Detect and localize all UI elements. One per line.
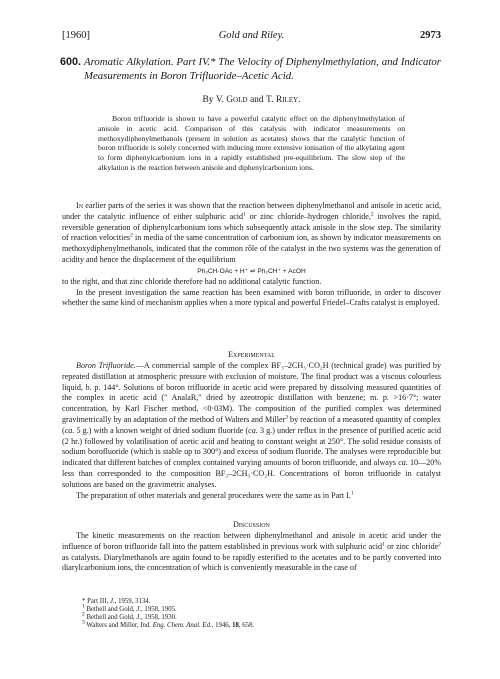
discussion-paragraph-1: The kinetic measurements on the reaction… [62,531,441,574]
drop-lead: In [76,201,83,210]
subsection-title: Boron Trifluoride. [76,361,136,370]
byline-prefix: By [202,95,213,105]
citation-ref: 2 [438,541,441,547]
discussion-section: The kinetic measurements on the reaction… [62,531,441,574]
header-running-title: Gold and Riley. [62,30,441,41]
author-byline: By V. Gold and T. Riley. [62,95,441,105]
article-number: 600. [60,56,81,70]
chemical-equation: Ph₂CH·OAc + H⁺ ⇌ Ph₂CH⁺ + AcOH [62,266,441,277]
article-title-block: 600. Aromatic Alkylation. Part IV.* The … [62,56,441,83]
abstract: Boron trifluoride is shown to have a pow… [98,114,405,173]
footnote: * Part III, J., 1959, 3134. [82,598,422,606]
intro-paragraph-2: In the present investigation the same re… [62,288,441,310]
introduction: In earlier parts of the series it was sh… [62,201,441,309]
footnote: 1 Bethell and Gold, J., 1958, 1905. [82,606,422,614]
author-name: V. Gold [216,95,248,105]
abstract-text: Boron trifluoride is shown to have a pow… [98,114,405,173]
section-heading-discussion: Discussion [62,520,441,529]
experimental-section: Boron Trifluoride.—A commercial sample o… [62,361,441,501]
footnote: 3 Walters and Miller, Ind. Eng. Chem. An… [82,622,422,630]
author-name: T. Riley. [266,95,301,105]
experimental-paragraph-1: Boron Trifluoride.—A commercial sample o… [62,361,441,491]
intro-paragraph-1-cont: to the right, and that zinc chloride the… [62,277,441,288]
section-heading-experimental: Experimental [62,350,441,359]
citation-ref: 1 [351,490,354,496]
article-title: Aromatic Alkylation. Part IV.* The Veloc… [62,56,441,83]
experimental-paragraph-2: The preparation of other materials and g… [62,491,441,502]
byline-and: and [250,95,264,105]
running-header: [1960] Gold and Riley. 2973 [62,30,441,44]
intro-paragraph-1: In earlier parts of the series it was sh… [62,201,441,266]
footnotes: * Part III, J., 1959, 3134. 1 Bethell an… [82,598,422,630]
header-page-number: 2973 [420,30,441,41]
